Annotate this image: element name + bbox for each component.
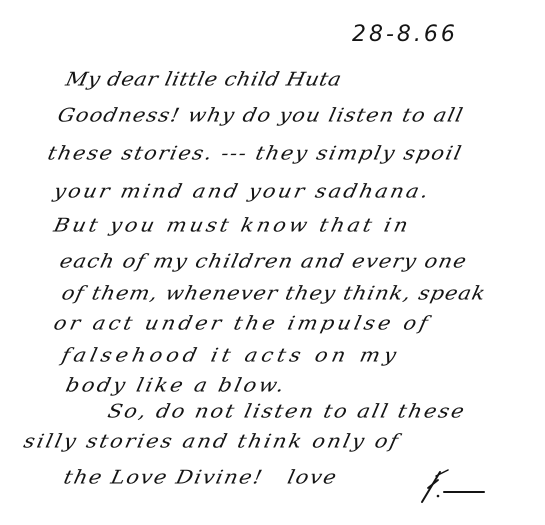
letter-line: But you must know that in xyxy=(52,216,413,235)
letter-line: falsehood it acts on my xyxy=(60,346,402,365)
letter-line: silly stories and think only of xyxy=(22,432,402,451)
letter-line: or act under the impulse of xyxy=(52,314,432,333)
letter-line: your mind and your sadhana. xyxy=(52,182,432,201)
handwritten-letter-page: 28-8.66 My dear little child Huta Goodne… xyxy=(0,0,545,525)
letter-line: So, do not listen to all these xyxy=(106,402,468,421)
letter-line: body like a blow. xyxy=(64,376,288,395)
letter-salutation: My dear little child Huta xyxy=(64,70,343,89)
letter-line: of them, whenever they think, speak xyxy=(60,284,488,303)
letter-line: each of my children and every one xyxy=(58,252,469,271)
letter-line: these stories. --- they simply spoil xyxy=(46,144,464,163)
signature-mark-icon xyxy=(418,466,488,506)
letter-line: Goodness! why do you listen to all xyxy=(56,106,465,125)
letter-date: 28-8.66 xyxy=(352,22,458,47)
letter-closing: the Love Divine! love xyxy=(62,468,339,487)
